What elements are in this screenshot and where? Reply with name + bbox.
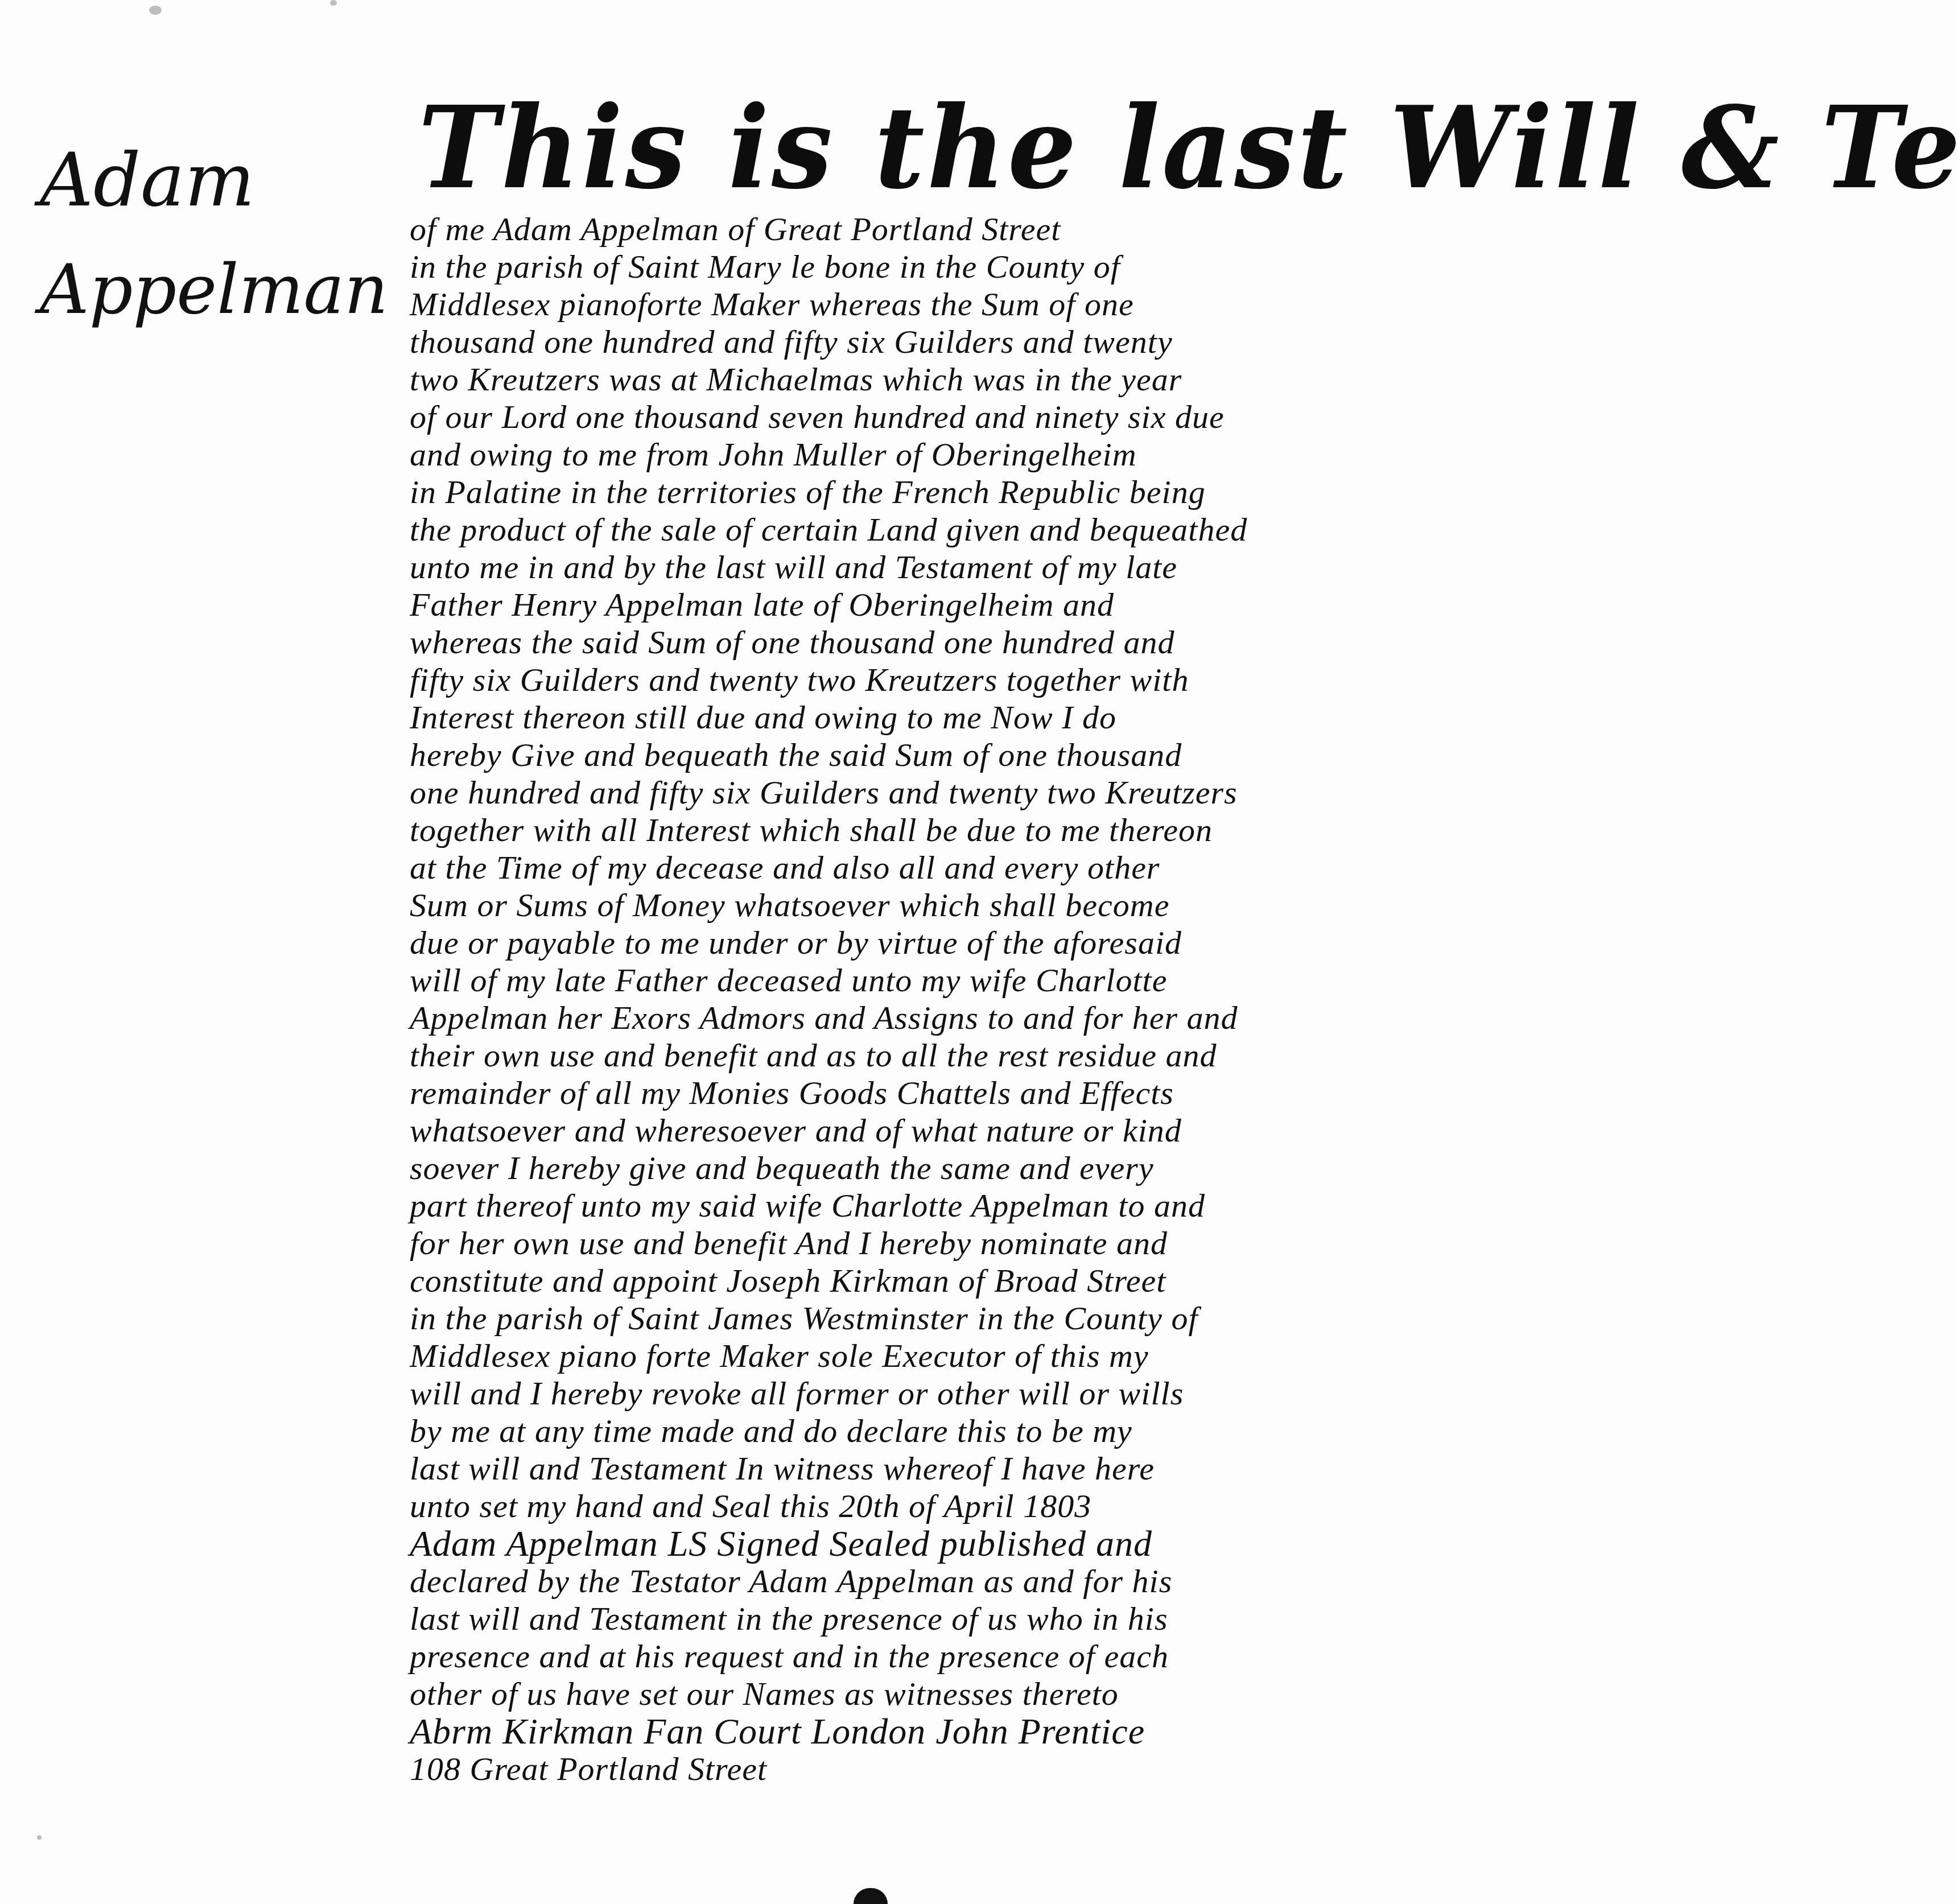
text-line: hereby Give and bequeath the said Sum of… [410, 736, 1935, 774]
document-page: Adam Appelman This is the last Will & Te… [0, 0, 1958, 1904]
text-line: by me at any time made and do declare th… [410, 1412, 1935, 1450]
text-line: part thereof unto my said wife Charlotte… [410, 1187, 1935, 1225]
text-line: last will and Testament In witness where… [410, 1450, 1935, 1487]
text-line: the product of the sale of certain Land … [410, 511, 1935, 549]
text-line: Middlesex pianoforte Maker whereas the S… [410, 286, 1935, 323]
text-line: constitute and appoint Joseph Kirkman of… [410, 1262, 1935, 1300]
text-line: whatsoever and wheresoever and of what n… [410, 1112, 1935, 1149]
ink-mark [854, 1888, 888, 1904]
text-line: will of my late Father deceased unto my … [410, 962, 1935, 999]
text-line: remainder of all my Monies Goods Chattel… [410, 1074, 1935, 1112]
margin-note-appelman: Appelman [40, 250, 388, 329]
text-line: unto set my hand and Seal this 20th of A… [410, 1487, 1935, 1525]
text-line: together with all Interest which shall b… [410, 811, 1935, 849]
text-line: one hundred and fifty six Guilders and t… [410, 774, 1935, 811]
text-line: Middlesex piano forte Maker sole Executo… [410, 1337, 1935, 1375]
text-line: two Kreutzers was at Michaelmas which wa… [410, 361, 1935, 398]
text-line: fifty six Guilders and twenty two Kreutz… [410, 661, 1935, 699]
text-line: their own use and benefit and as to all … [410, 1037, 1935, 1074]
text-line: presence and at his request and in the p… [410, 1638, 1935, 1675]
text-line: in Palatine in the territories of the Fr… [410, 473, 1935, 511]
text-line: in the parish of Saint Mary le bone in t… [410, 248, 1935, 286]
document-title: This is the last Will & Testament [418, 83, 1943, 214]
witness-signatures-line: Abrm Kirkman Fan Court London John Prent… [410, 1713, 1935, 1750]
text-line: thousand one hundred and fifty six Guild… [410, 323, 1935, 361]
scan-speck [149, 6, 162, 15]
text-line: due or payable to me under or by virtue … [410, 924, 1935, 962]
text-line: at the Time of my decease and also all a… [410, 849, 1935, 887]
text-line: of our Lord one thousand seven hundred a… [410, 398, 1935, 436]
text-line: last will and Testament in the presence … [410, 1600, 1935, 1638]
will-body-text: of me Adam Appelman of Great Portland St… [410, 211, 1935, 1788]
text-line: Interest thereon still due and owing to … [410, 699, 1935, 736]
text-line: and owing to me from John Muller of Ober… [410, 436, 1935, 473]
scan-speck [37, 1835, 42, 1840]
text-line: Appelman her Exors Admors and Assigns to… [410, 999, 1935, 1037]
text-line: other of us have set our Names as witnes… [410, 1675, 1935, 1713]
testator-signature-line: Adam Appelman LS Signed Sealed published… [410, 1525, 1935, 1563]
witness-address-line: 108 Great Portland Street [410, 1750, 1935, 1788]
text-line: in the parish of Saint James Westminster… [410, 1300, 1935, 1337]
text-line: for her own use and benefit And I hereby… [410, 1225, 1935, 1262]
text-line: Father Henry Appelman late of Oberingelh… [410, 586, 1935, 624]
text-line: unto me in and by the last will and Test… [410, 549, 1935, 586]
margin-note-adam: Adam [40, 137, 255, 223]
text-line: whereas the said Sum of one thousand one… [410, 624, 1935, 661]
text-line: will and I hereby revoke all former or o… [410, 1375, 1935, 1412]
text-line: Sum or Sums of Money whatsoever which sh… [410, 887, 1935, 924]
text-line: declared by the Testator Adam Appelman a… [410, 1563, 1935, 1600]
text-line: of me Adam Appelman of Great Portland St… [410, 211, 1935, 248]
text-line: soever I hereby give and bequeath the sa… [410, 1149, 1935, 1187]
scan-speck [330, 0, 337, 6]
